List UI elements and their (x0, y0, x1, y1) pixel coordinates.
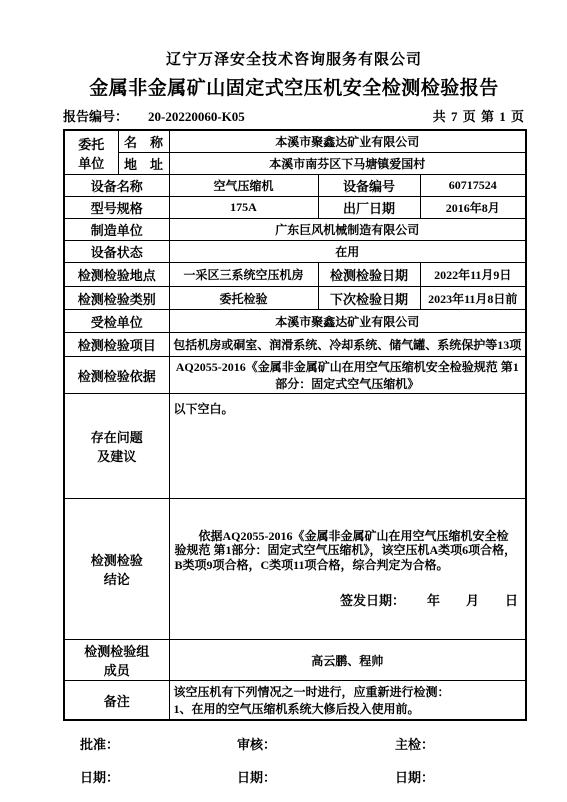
device-number-value: 60717524 (420, 175, 526, 197)
mfg-date-label: 出厂日期 (318, 197, 420, 219)
inspected-unit-value: 本溪市聚鑫达矿业有限公司 (169, 310, 526, 333)
report-number: 20-20220060-K05 (148, 109, 245, 125)
location-value: 一采区三系统空压机房 (169, 263, 318, 287)
inspection-basis-value: AQ2055-2016《金属非金属矿山在用空气压缩机安全检验规范 第1部分：固定… (169, 357, 526, 394)
mfg-date-value: 2016年8月 (420, 197, 526, 219)
chief-inspector-label: 主检： (395, 734, 434, 753)
client-name-value: 本溪市聚鑫达矿业有限公司 (169, 130, 526, 153)
inspection-type-value: 委托检验 (169, 287, 318, 310)
sign-date-line: 签发日期：年月日 (175, 590, 521, 609)
device-name-value: 空气压缩机 (169, 175, 318, 197)
review-date-label: 日期： (237, 767, 395, 786)
device-status-value: 在用 (169, 241, 526, 263)
approve-label: 批准： (80, 734, 237, 753)
conclusion-cell: 依据AQ2055-2016《金属非金属矿山在用空气压缩机安全检验规范 第1部分：… (169, 499, 526, 640)
table-row: 备注 该空压机有下列情况之一时进行，应重新进行检测： 1、在用的空气压缩机系统大… (64, 681, 526, 721)
location-label: 检测检验地点 (64, 263, 169, 287)
report-number-label: 报告编号： (63, 106, 128, 125)
problems-label: 存在问题 及建议 (64, 394, 169, 499)
table-row: 制造单位 广东巨风机械制造有限公司 (64, 219, 526, 241)
manufacturer-value: 广东巨风机械制造有限公司 (169, 219, 526, 241)
page-title: 金属非金属矿山固定式空压机安全检测检验报告 (63, 73, 525, 100)
problems-value: 以下空白。 (169, 394, 526, 499)
inspection-form-table: 委托 单位 名 称 本溪市聚鑫达矿业有限公司 地 址 本溪市南芬区下马塘镇爱国村… (63, 129, 527, 721)
client-name-label: 名 称 (118, 130, 169, 153)
company-name: 辽宁万泽安全技术咨询服务有限公司 (63, 48, 525, 69)
chief-date-label: 日期： (395, 767, 434, 786)
sign-date-label: 签发日期： (340, 593, 405, 608)
inspection-items-value: 包括机房或硐室、润滑系统、冷却系统、储气罐、系统保护等13项 (169, 333, 526, 357)
remark-value: 该空压机有下列情况之一时进行，应重新进行检测： 1、在用的空气压缩机系统大修后投… (169, 681, 526, 721)
next-date-label: 下次检验日期 (318, 287, 420, 310)
remark-label: 备注 (64, 681, 169, 721)
report-page: 辽宁万泽安全技术咨询服务有限公司 金属非金属矿山固定式空压机安全检测检验报告 报… (63, 48, 525, 786)
review-label: 审核： (237, 734, 395, 753)
table-row: 检测检验地点 一采区三系统空压机房 检测检验日期 2022年11月9日 (64, 263, 526, 287)
model-label: 型号规格 (64, 197, 169, 219)
client-address-label: 地 址 (118, 153, 169, 175)
signature-row-dates: 日期： 日期： 日期： (63, 767, 525, 786)
table-row: 检测检验组 成员 高云鹏、程帅 (64, 640, 526, 681)
report-number-line: 报告编号： 20-20220060-K05 共 7 页 第 1 页 (63, 106, 525, 125)
table-row: 检测检验类别 委托检验 下次检验日期 2023年11月8日前 (64, 287, 526, 310)
next-date-value: 2023年11月8日前 (420, 287, 526, 310)
table-row: 检测检验项目 包括机房或硐室、润滑系统、冷却系统、储气罐、系统保护等13项 (64, 333, 526, 357)
conclusion-label: 检测检验 结论 (64, 499, 169, 640)
table-row: 设备状态 在用 (64, 241, 526, 263)
signature-row-names: 批准： 审核： 主检： (63, 734, 525, 753)
table-row: 受检单位 本溪市聚鑫达矿业有限公司 (64, 310, 526, 333)
model-value: 175A (169, 197, 318, 219)
client-group-label: 委托 单位 (64, 130, 118, 175)
page-indicator: 共 7 页 第 1 页 (433, 106, 525, 125)
team-label: 检测检验组 成员 (64, 640, 169, 681)
table-row: 检测检验 结论 依据AQ2055-2016《金属非金属矿山在用空气压缩机安全检验… (64, 499, 526, 640)
team-value: 高云鹏、程帅 (169, 640, 526, 681)
signature-block: 批准： 审核： 主检： 日期： 日期： 日期： (63, 734, 525, 786)
table-row: 委托 单位 名 称 本溪市聚鑫达矿业有限公司 (64, 130, 526, 153)
inspected-unit-label: 受检单位 (64, 310, 169, 333)
table-row: 型号规格 175A 出厂日期 2016年8月 (64, 197, 526, 219)
device-status-label: 设备状态 (64, 241, 169, 263)
inspection-type-label: 检测检验类别 (64, 287, 169, 310)
inspection-date-value: 2022年11月9日 (420, 263, 526, 287)
device-number-label: 设备编号 (318, 175, 420, 197)
device-name-label: 设备名称 (64, 175, 169, 197)
inspection-items-label: 检测检验项目 (64, 333, 169, 357)
manufacturer-label: 制造单位 (64, 219, 169, 241)
conclusion-text: 依据AQ2055-2016《金属非金属矿山在用空气压缩机安全检验规范 第1部分：… (175, 529, 521, 571)
sign-month-label: 月 (466, 593, 479, 608)
table-row: 地 址 本溪市南芬区下马塘镇爱国村 (64, 153, 526, 175)
sign-year-label: 年 (427, 593, 440, 608)
table-row: 存在问题 及建议 以下空白。 (64, 394, 526, 499)
table-row: 检测检验依据 AQ2055-2016《金属非金属矿山在用空气压缩机安全检验规范 … (64, 357, 526, 394)
inspection-date-label: 检测检验日期 (318, 263, 420, 287)
client-address-value: 本溪市南芬区下马塘镇爱国村 (169, 153, 526, 175)
sign-day-label: 日 (505, 593, 518, 608)
approve-date-label: 日期： (80, 767, 237, 786)
inspection-basis-label: 检测检验依据 (64, 357, 169, 394)
table-row: 设备名称 空气压缩机 设备编号 60717524 (64, 175, 526, 197)
